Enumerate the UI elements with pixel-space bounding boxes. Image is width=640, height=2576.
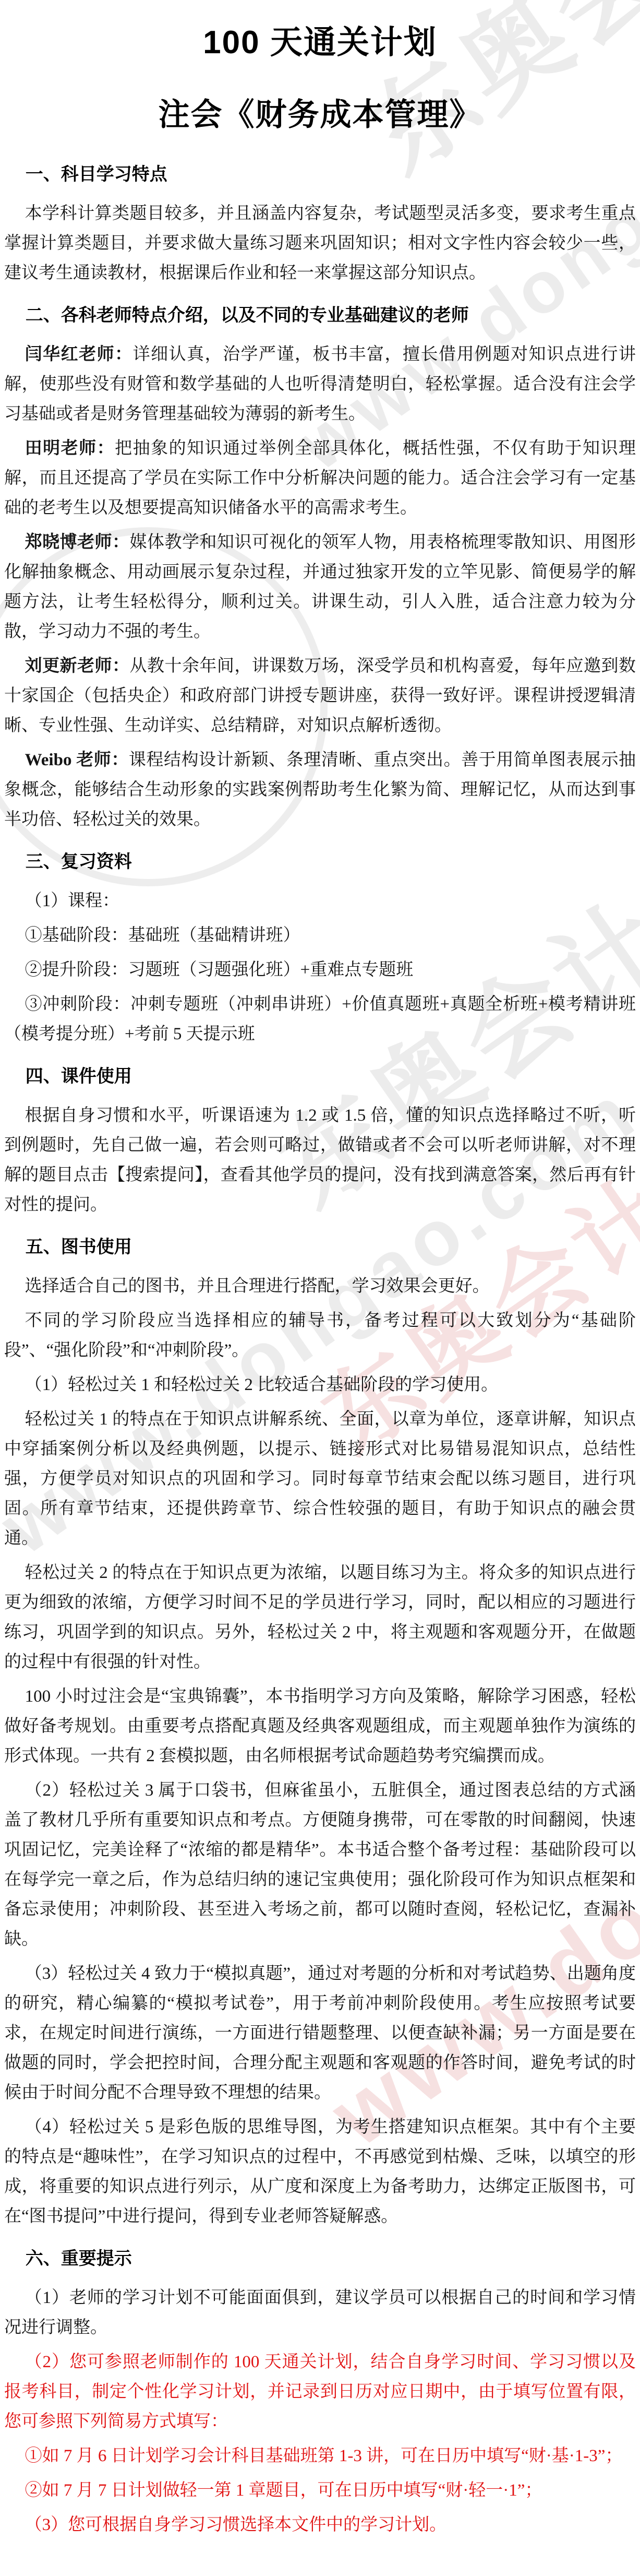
notice-paragraph: （3）您可根据自身学习习惯选择本文件中的学习计划。 [4,2510,636,2540]
section-heading: 五、图书使用 [4,1232,636,1262]
body-paragraph: （1）老师的学习计划不可能面面俱到，建议学员可以根据自己的时间和学习情况进行调整… [4,2283,636,2343]
document-subtitle: 注会《财务成本管理》 [4,97,636,133]
body-paragraph: 100 小时过注会是“宝典锦囊”，本书指明学习方向及策略，解除学习困惑，轻松做好… [4,1682,636,1771]
section-heading: 二、各科老师特点介绍，以及不同的专业基础建议的老师 [4,301,636,330]
body-paragraph: 本学科计算类题目较多，并且涵盖内容复杂，考试题型灵活多变，要求考生重点掌握计算类… [4,199,636,288]
section-heading: 三、复习资料 [4,847,636,877]
body-paragraph: ①基础阶段：基础班（基础精讲班） [4,921,636,951]
body-paragraph: ②提升阶段：习题班（习题强化班）+重难点专题班 [4,955,636,985]
teacher-paragraph: 田明老师：把抽象的知识通过举例全部具体化，概括性强，不仅有助于知识理解，而且还提… [4,434,636,523]
body-paragraph: （1）轻松过关 1 和轻松过关 2 比较适合基础阶段的学习使用。 [4,1370,636,1400]
teacher-name: 闫华红老师： [25,345,133,364]
teacher-name: Weibo 老师： [25,751,129,769]
teacher-name: 郑晓博老师： [25,533,130,552]
body-paragraph: （3）轻松过关 4 致力于“模拟真题”，通过对考题的分析和对考试趋势、出题角度的… [4,1959,636,2108]
section-heading: 一、科目学习特点 [4,160,636,189]
body-paragraph: （2）轻松过关 3 属于口袋书，但麻雀虽小，五脏俱全，通过图表总结的方式涵盖了教… [4,1776,636,1954]
notice-paragraph: ②如 7 月 7 日计划做轻一第 1 章题目，可在日历中填写“财·轻一·1”； [4,2476,636,2506]
body-paragraph: （4）轻松过关 5 是彩色版的思维导图，为考生搭建知识点框架。其中有个主要的特点… [4,2112,636,2231]
body-paragraph: 轻松过关 2 的特点在于知识点更为浓缩，以题目练习为主。将众多的知识点进行更为细… [4,1558,636,1677]
body-paragraph: 选择适合自己的图书，并且合理进行搭配，学习效果会更好。 [4,1272,636,1301]
body-paragraph: ③冲刺阶段：冲刺专题班（冲刺串讲班）+价值真题班+真题全析班+模考精讲班（模考提… [4,990,636,1049]
teacher-name: 刘更新老师： [25,657,130,675]
body-paragraph: 轻松过关 1 的特点在于知识点讲解系统、全面，以章为单位，逐章讲解，知识点中穿插… [4,1405,636,1553]
document-content: 100 天通关计划注会《财务成本管理》一、科目学习特点本学科计算类题目较多，并且… [0,0,640,2576]
notice-paragraph: ①如 7 月 6 日计划学习会计科目基础班第 1-3 讲，可在日历中填写“财·基… [4,2441,636,2471]
body-paragraph: 根据自身习惯和水平，听课语速为 1.2 或 1.5 倍，懂的知识点选择略过不听，… [4,1101,636,1220]
notice-paragraph: （2）您可参照老师制作的 100 天通关计划，结合自身学习时间、学习习惯以及报考… [4,2347,636,2437]
section-heading: 四、课件使用 [4,1062,636,1091]
teacher-paragraph: Weibo 老师：课程结构设计新颖、条理清晰、重点突出。善于用简单图表展示抽象概… [4,745,636,835]
body-paragraph: 不同的学习阶段应当选择相应的辅导书，备考过程可以大致划分为“基础阶段”、“强化阶… [4,1306,636,1366]
teacher-paragraph: 刘更新老师：从教十余年间，讲课数万场，深受学员和机构喜爱，每年应邀到数十家国企（… [4,651,636,741]
section-heading: 六、重要提示 [4,2244,636,2274]
body-paragraph: （1）课程： [4,886,636,916]
teacher-paragraph: 闫华红老师：详细认真，治学严谨，板书丰富，擅长借用例题对知识点进行讲解，使那些没… [4,340,636,429]
teacher-name: 田明老师： [25,439,115,458]
document-title: 100 天通关计划 [4,24,636,61]
document-page: 东奥会计在线www.dongao.com东奥会计在线www.dongao.com… [0,0,640,2576]
teacher-paragraph: 郑晓博老师：媒体教学和知识可视化的领军人物，用表格梳理零散知识、用图形化解抽象概… [4,528,636,647]
